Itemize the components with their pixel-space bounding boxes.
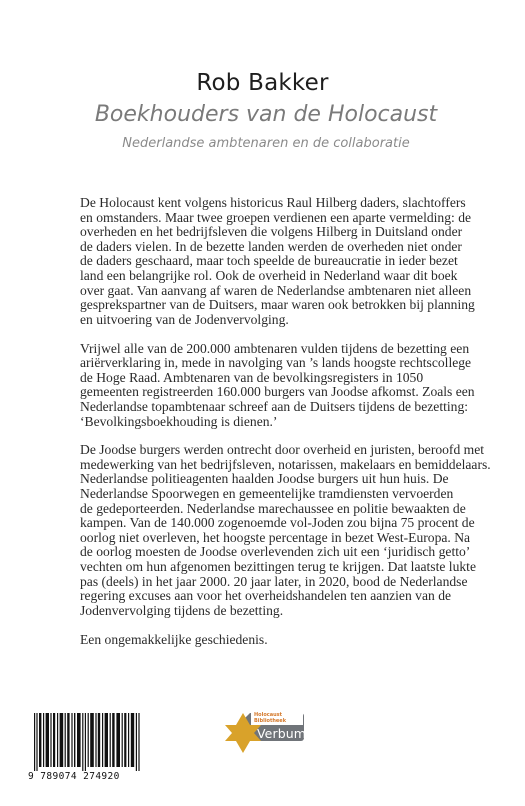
isbn-number: 9 789074 274920 [28, 771, 146, 782]
text-line: medewerking van het bedrijfsleven, notar… [80, 458, 460, 473]
blurb-paragraph-4: Een ongemakkelijke geschiedenis. [80, 633, 460, 648]
text-line: ariërverklaring in, mede in navolging va… [80, 356, 460, 371]
text-line: De Holocaust kent volgens historicus Rau… [80, 196, 460, 211]
text-line: Nederlandse politieagenten haalden Joods… [80, 472, 460, 487]
text-line: en uitvoering van de Jodenvervolging. [80, 313, 460, 328]
text-line: regering excuses aan voor het overheidsh… [80, 589, 460, 604]
text-line: oorlog niet overleven, het hoogste perce… [80, 531, 460, 546]
author-name: Rob Bakker [0, 69, 525, 97]
publisher-logo: Holocaust Bibliotheek Verbum [224, 708, 308, 756]
text-line: en omstanders. Maar twee groepen verdien… [80, 211, 460, 226]
text-line: de daders vielen. In de bezette landen w… [80, 240, 460, 255]
isbn-barcode: 9 789074 274920 [28, 711, 146, 783]
text-line: de daders geschaard, maar toch speelde d… [80, 254, 460, 269]
text-line: Een ongemakkelijke geschiedenis. [80, 633, 460, 648]
text-line: gemeenten registreerden 160.000 burgers … [80, 385, 460, 400]
text-line: ‘Bevolkingsboekhouding is dienen.’ [80, 415, 460, 430]
text-line: vechten om hun afgenomen bezittingen ter… [80, 560, 460, 575]
text-line: kampen. Van de 140.000 zogenoemde vol-Jo… [80, 516, 460, 531]
book-title: Boekhouders van de Holocaust [0, 100, 525, 130]
book-subtitle: Nederlandse ambtenaren en de collaborati… [0, 135, 525, 153]
text-line: De Joodse burgers werden ontrecht door o… [80, 443, 460, 458]
text-line: over gaat. Van aanvang af waren de Neder… [80, 284, 460, 299]
text-line: overheden en het bedrijfsleven die volge… [80, 225, 460, 240]
text-line: de oorlog moesten de Joodse overlevenden… [80, 545, 460, 560]
star-of-david-icon [224, 712, 262, 754]
text-line: pas (deels) in het jaar 2000. 20 jaar la… [80, 575, 460, 590]
logo-publisher-name: Verbum [257, 727, 306, 740]
text-line: gesprekspartner van de Duitsers, maar wa… [80, 298, 460, 313]
blurb-paragraph-1: De Holocaust kent volgens historicus Rau… [80, 196, 460, 327]
text-line: de Hoge Raad. Ambtenaren van de bevolkin… [80, 371, 460, 386]
text-line: land een belangrijke rol. Ook de overhei… [80, 269, 460, 284]
text-line: Nederlandse topambtenaar schreef aan de … [80, 400, 460, 415]
text-line: Nederlandse Spoorwegen en gemeentelijke … [80, 487, 460, 502]
text-line: de gedeporteerden. Nederlandse marechaus… [80, 502, 460, 517]
blurb-paragraph-2: Vrijwel alle van de 200.000 ambtenaren v… [80, 342, 460, 430]
blurb-text: De Holocaust kent volgens historicus Rau… [80, 196, 460, 661]
barcode-icon [34, 713, 140, 771]
text-line: Vrijwel alle van de 200.000 ambtenaren v… [80, 342, 460, 357]
text-line: Jodenvervolging tijdens de bezetting. [80, 604, 460, 619]
blurb-paragraph-3: De Joodse burgers werden ontrecht door o… [80, 443, 460, 618]
